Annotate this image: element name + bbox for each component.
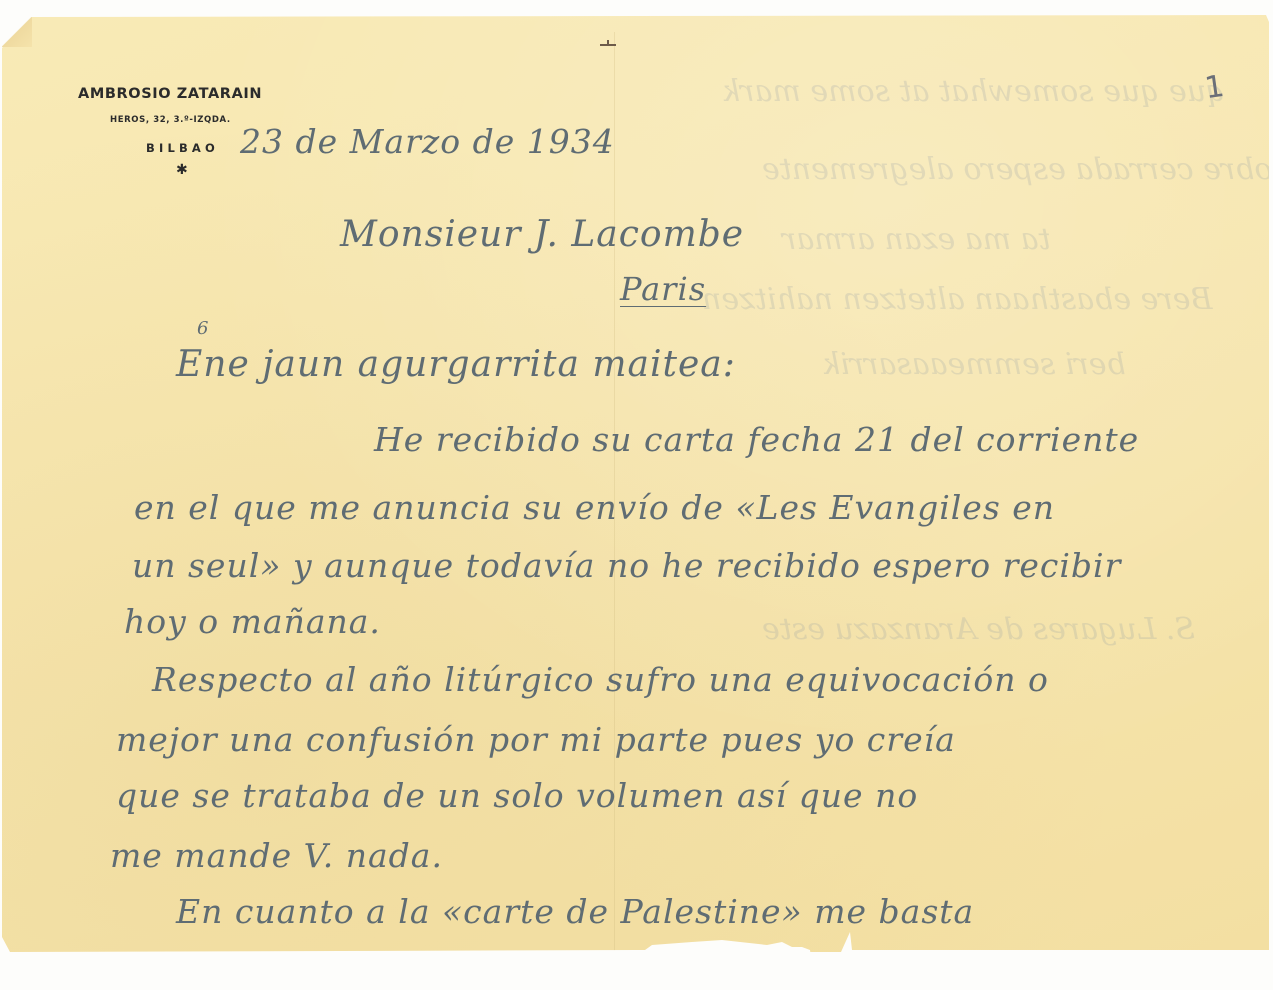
letter-line: Respecto al año litúrgico sufro una equi… — [152, 660, 1049, 699]
letterhead-name: AMBROSIO ZATARAIN — [78, 86, 262, 102]
letter-line: He recibido su carta fecha 21 del corrie… — [374, 420, 1139, 459]
letter-date: 23 de Marzo de 1934 — [240, 122, 615, 161]
bleed-through-text: que que somewhat at some mark — [722, 74, 1225, 109]
letter-line: me mande V. nada. — [110, 836, 443, 875]
letterhead-address: HEROS, 32, 3.º-IZQDA. — [110, 115, 231, 125]
letter-line: mejor una confusión por mi parte pues yo… — [116, 720, 956, 759]
letter-line: hoy o mañana. — [124, 602, 381, 641]
greeting-mark: 6 — [197, 318, 209, 339]
recipient-city: Paris — [620, 270, 706, 308]
letterhead-star-icon: ✱ — [176, 162, 188, 178]
bleed-through-text: S. Lugares de Aranzazu este — [762, 612, 1195, 647]
letter-line: un seul» y aunque todavía no he recibido… — [132, 546, 1121, 585]
letter-line: que se trataba de un solo volumen así qu… — [116, 776, 918, 815]
recipient-name: Monsieur J. Lacombe — [340, 214, 744, 255]
letter-line: En cuanto a la «carte de Palestine» me b… — [176, 892, 974, 931]
bleed-through-text: Bere ebasthaan altetzen nahitzen — [702, 282, 1213, 317]
letter-line: en el que me anuncia su envío de «Les Ev… — [134, 488, 1055, 527]
bleed-through-text: beri semmeaasarrik — [822, 347, 1126, 382]
greeting: Ene jaun agurgarrita maitea: — [176, 344, 736, 385]
folded-corner — [2, 17, 32, 47]
bleed-through-text: Sobre cerrada espero alegremente — [762, 152, 1273, 187]
top-cross-mark — [600, 44, 616, 46]
scanned-letter: que que somewhat at some mark Sobre cerr… — [0, 0, 1273, 990]
bleed-through-text: ta ma ezan armar — [782, 222, 1051, 257]
letterhead-city: BILBAO — [146, 141, 219, 155]
